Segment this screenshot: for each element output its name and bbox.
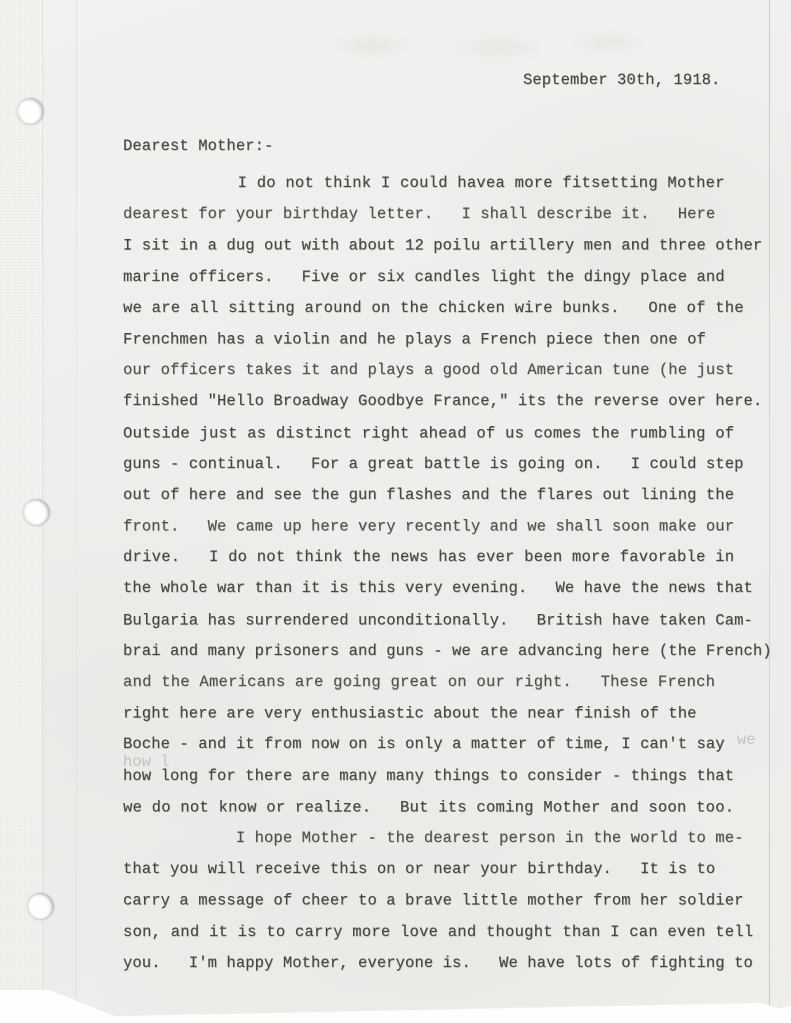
- ghost-erased-line: how l: [123, 753, 170, 771]
- punch-hole-top: [17, 98, 44, 125]
- letter-line: that you will receive this on or near yo…: [123, 854, 783, 885]
- letter-line: I sit in a dug out with about 12 poilu a…: [123, 231, 783, 262]
- letter-line: out of here and see the gun flashes and …: [123, 480, 783, 511]
- letter-line: front. We came up here very recently and…: [123, 512, 783, 543]
- letter-body: I do not think I could havea more fitset…: [123, 168, 783, 979]
- letter-line: drive. I do not think the news has ever …: [123, 542, 783, 573]
- letter-line: we are all sitting around on the chicken…: [123, 293, 783, 324]
- letter-line: our officers takes it and plays a good o…: [123, 355, 783, 386]
- letter-line: marine officers. Five or six candles lig…: [123, 262, 783, 293]
- letter-line: carry a message of cheer to a brave litt…: [123, 886, 783, 917]
- letter-line: Outside just as distinct right ahead of …: [123, 418, 783, 449]
- letter-salutation: Dearest Mother:-: [123, 137, 273, 155]
- letter-line: Boche - and it from now on is only a mat…: [123, 729, 783, 760]
- letter-line: I do not think I could havea more fitset…: [123, 168, 783, 199]
- letter-line: the whole war than it is this very eveni…: [123, 573, 783, 604]
- letter-line: right here are very enthusiastic about t…: [123, 699, 783, 730]
- punch-hole-bottom: [27, 893, 54, 920]
- ghost-typed-word: we: [737, 731, 756, 749]
- letter-line: brai and many prisoners and guns - we ar…: [123, 636, 783, 667]
- bleed-through-impression: [300, 22, 660, 68]
- letter-line: Frenchmen has a violin and he plays a Fr…: [123, 324, 783, 355]
- letter-line: and the Americans are going great on our…: [123, 667, 783, 698]
- letter-line: finished "Hello Broadway Goodbye France,…: [123, 386, 783, 417]
- letter-line: how long for there are many many things …: [123, 761, 783, 792]
- letter-line: you. I'm happy Mother, everyone is. We h…: [123, 948, 783, 979]
- letter-line: guns - continual. For a great battle is …: [123, 449, 783, 480]
- letter-line: son, and it is to carry more love and th…: [123, 917, 783, 948]
- letter-line: Bulgaria has surrendered unconditionally…: [123, 605, 783, 636]
- punch-hole-middle: [23, 499, 50, 526]
- letter-page: September 30th, 1918. Dearest Mother:- I…: [0, 0, 791, 1023]
- scanned-letter: September 30th, 1918. Dearest Mother:- I…: [0, 0, 791, 1023]
- page-edge-line: [76, 0, 77, 1010]
- letter-line: I hope Mother - the dearest person in th…: [123, 823, 783, 854]
- letter-line: we do not know or realize. But its comin…: [123, 792, 783, 823]
- scan-bottom-edge: [0, 985, 791, 1023]
- letter-line: dearest for your birthday letter. I shal…: [123, 199, 783, 230]
- letter-date: September 30th, 1918.: [523, 71, 720, 89]
